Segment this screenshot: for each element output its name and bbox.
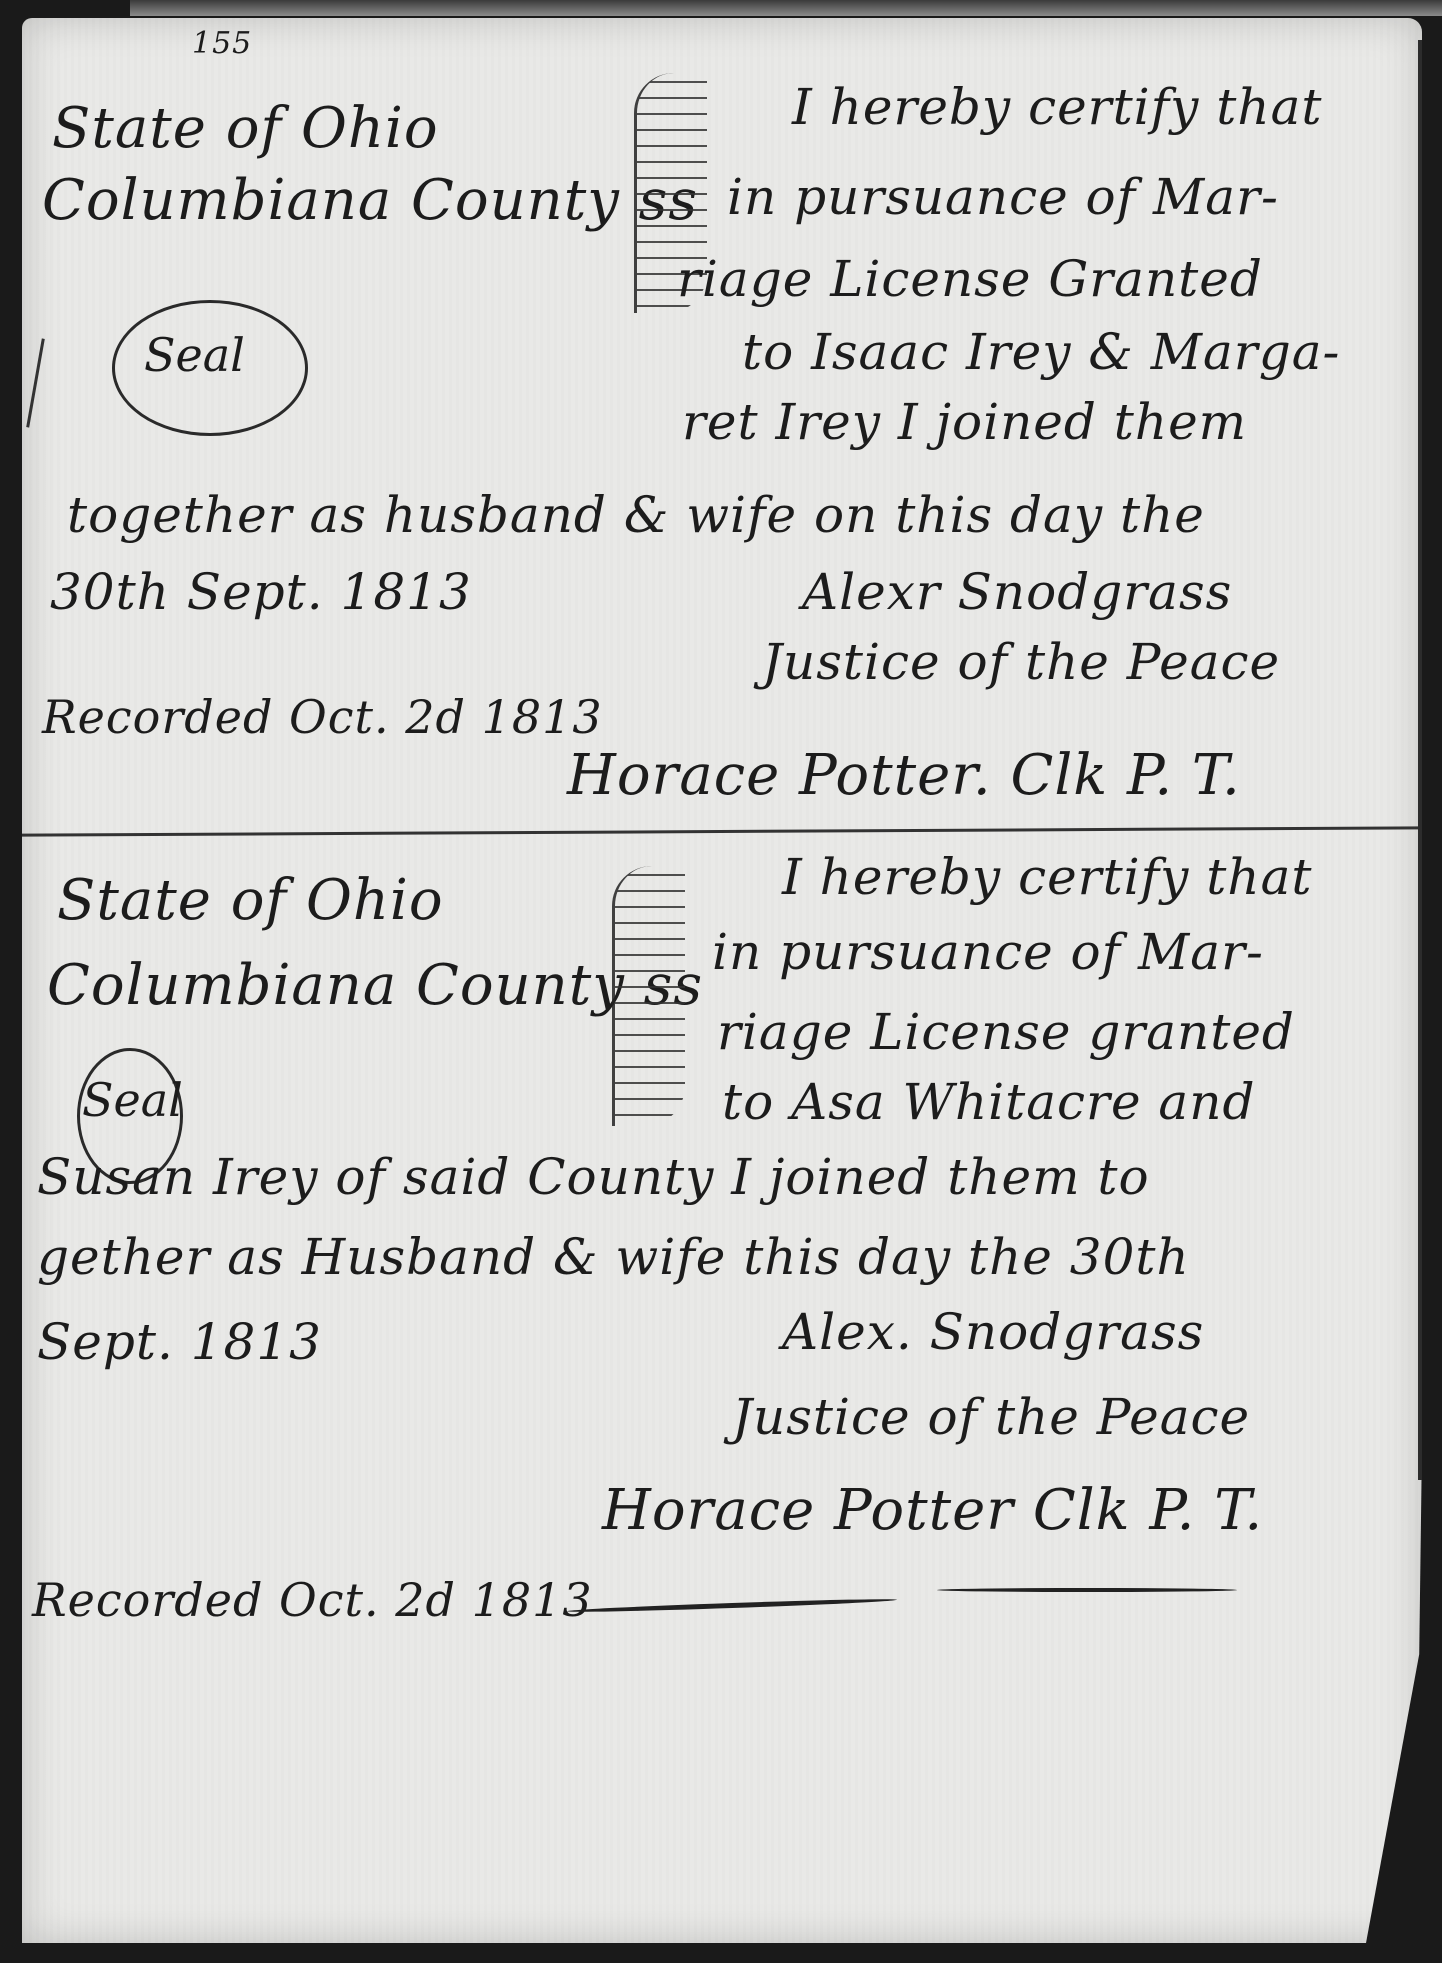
certify-line-4: to Asa Whitacre and bbox=[722, 1073, 1255, 1131]
certify-line-4: to Isaac Irey & Marga- bbox=[742, 323, 1340, 381]
entry-divider bbox=[22, 826, 1422, 836]
page-edge bbox=[1418, 40, 1422, 1480]
certify-line-3: riage License granted bbox=[717, 1003, 1295, 1061]
justice-title: Justice of the Peace bbox=[732, 1388, 1250, 1446]
certify-line-3: riage License Granted bbox=[677, 250, 1263, 308]
venue-state: State of Ohio bbox=[52, 96, 439, 161]
justice-signature: Alex. Snodgrass bbox=[782, 1303, 1204, 1361]
certify-line-2: in pursuance of Mar- bbox=[712, 923, 1264, 981]
marriage-date: Sept. 1813 bbox=[37, 1313, 322, 1371]
venue-county: Columbiana County ss bbox=[47, 953, 703, 1018]
certify-line-1: I hereby certify that bbox=[782, 848, 1313, 906]
seal-label: Seal bbox=[82, 1073, 183, 1127]
venue-county: Columbiana County ss bbox=[42, 168, 698, 233]
venue-state: State of Ohio bbox=[57, 868, 444, 933]
clerk-signature: Horace Potter. Clk P. T. bbox=[567, 743, 1241, 808]
page-number: 155 bbox=[192, 26, 252, 61]
body-line-2: gether as Husband & wife this day the 30… bbox=[37, 1228, 1190, 1286]
certify-line-1: I hereby certify that bbox=[792, 78, 1323, 136]
body-line: together as husband & wife on this day t… bbox=[67, 486, 1205, 544]
certify-line-2: in pursuance of Mar- bbox=[727, 168, 1279, 226]
body-line-1: Susan Irey of said County I joined them … bbox=[37, 1148, 1150, 1206]
seal-label: Seal bbox=[144, 328, 245, 382]
recorded-date: Recorded Oct. 2d 1813 bbox=[42, 690, 603, 744]
ledger-page: 155 State of Ohio Columbiana County ss S… bbox=[22, 18, 1422, 1943]
bracket-flourish-icon bbox=[612, 866, 685, 1126]
justice-signature: Alexr Snodgrass bbox=[802, 563, 1232, 621]
closing-flourish bbox=[567, 1597, 897, 1614]
closing-flourish bbox=[937, 1588, 1237, 1592]
margin-mark bbox=[26, 338, 45, 427]
marriage-date: 30th Sept. 1813 bbox=[50, 563, 472, 621]
clerk-signature: Horace Potter Clk P. T. bbox=[602, 1478, 1263, 1543]
scanner-edge bbox=[130, 0, 1442, 16]
recorded-date: Recorded Oct. 2d 1813 bbox=[32, 1573, 593, 1627]
certify-line-5: ret Irey I joined them bbox=[682, 393, 1247, 451]
justice-title: Justice of the Peace bbox=[762, 633, 1280, 691]
